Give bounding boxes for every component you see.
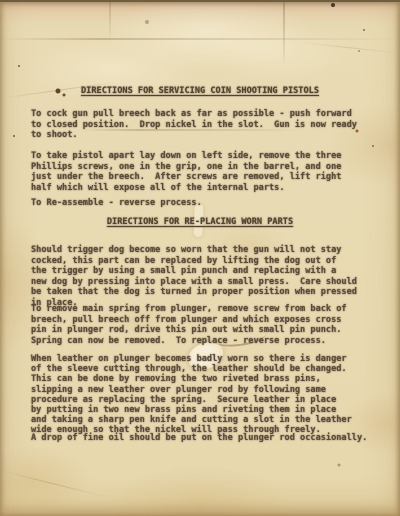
scanned-document-page: DIRECTIONS FOR SERVICING COIN SHOOTING P… [0,0,400,516]
crease-line [0,38,400,40]
paragraph-reassemble-note: To Re-assemble - reverse process. [31,198,202,209]
section-heading-replacing-worn-parts: DIRECTIONS FOR RE-PLACING WORN PARTS [0,217,400,228]
paragraph-leather-replacement: When leather on plunger becomes badly wo… [31,354,352,436]
crease-line [300,42,400,53]
document-title: DIRECTIONS FOR SERVICING COIN SHOOTING P… [0,86,400,97]
paragraph-trigger-dog-replacement: Should trigger dog become so worn that t… [31,245,357,308]
crease-line [0,470,107,498]
paragraph-cocking-instructions: To cock gun pull breech back as far as p… [31,109,357,141]
paragraph-oil-note: A drop of fine oil should be put on the … [31,433,367,444]
paragraph-main-spring-removal: To remove main spring from plunger, remo… [31,304,347,346]
crease-line [109,2,111,40]
paragraph-disassembly-instructions: To take pistol apart lay down on left si… [31,151,341,193]
crease-line [283,2,285,66]
ink-specks [0,2,2,4]
